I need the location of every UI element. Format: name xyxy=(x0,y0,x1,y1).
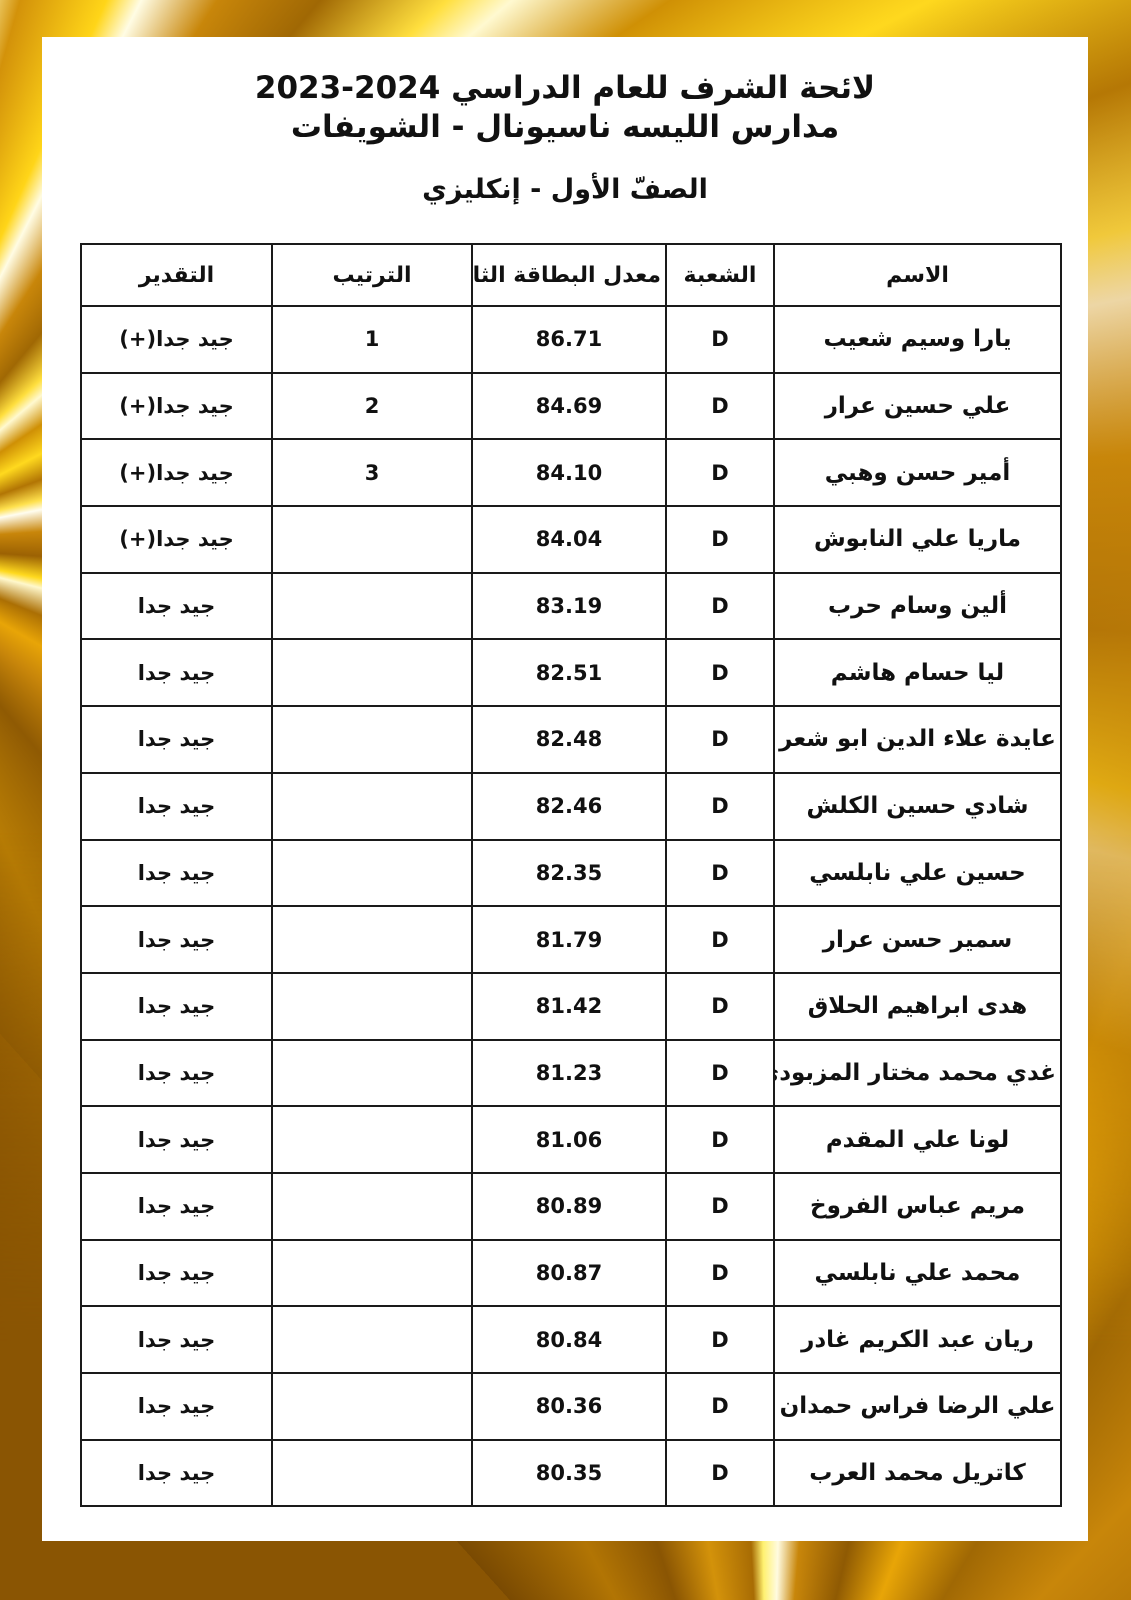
cell-name: مريم عباس الفروخ xyxy=(774,1173,1061,1240)
table-row: ريان عبد الكريم غادرD80.84جيد جدا xyxy=(81,1306,1061,1373)
cell-grade: جيد جدا(+) xyxy=(81,439,272,506)
cell-name: ليا حسام هاشم xyxy=(774,639,1061,706)
table-row: سمير حسن عرارD81.79جيد جدا xyxy=(81,906,1061,973)
cell-grade: جيد جدا xyxy=(81,1106,272,1173)
class-subtitle: الصفّ الأول - إنكليزي xyxy=(42,173,1088,207)
cell-section: D xyxy=(666,706,774,773)
cell-grade: جيد جدا(+) xyxy=(81,506,272,573)
cell-name: أمير حسن وهبي xyxy=(774,439,1061,506)
cell-rank xyxy=(272,1240,472,1307)
cell-section: D xyxy=(666,439,774,506)
cell-grade: جيد جدا xyxy=(81,1173,272,1240)
title-school-name: مدارس الليسه ناسيونال - الشويفات xyxy=(42,108,1088,147)
cell-grade: جيد جدا xyxy=(81,1306,272,1373)
document-header: لائحة الشرف للعام الدراسي 2024-2023 مدار… xyxy=(42,37,1088,147)
table-row: ليا حسام هاشمD82.51جيد جدا xyxy=(81,639,1061,706)
cell-average: 81.23 xyxy=(472,1040,666,1107)
table-row: كاتريل محمد العربD80.35جيد جدا xyxy=(81,1440,1061,1507)
cell-name: علي حسين عرار xyxy=(774,373,1061,440)
cell-rank xyxy=(272,906,472,973)
cell-rank xyxy=(272,973,472,1040)
cell-grade: جيد جدا xyxy=(81,973,272,1040)
cell-average: 80.89 xyxy=(472,1173,666,1240)
cell-name: ماريا علي النابوش xyxy=(774,506,1061,573)
cell-average: 82.51 xyxy=(472,639,666,706)
cell-section: D xyxy=(666,1440,774,1507)
col-header-average: معدل البطاقة الثانية xyxy=(472,244,666,306)
cell-name: محمد علي نابلسي xyxy=(774,1240,1061,1307)
table-row: مريم عباس الفروخD80.89جيد جدا xyxy=(81,1173,1061,1240)
table-row: ماريا علي النابوشD84.04جيد جدا(+) xyxy=(81,506,1061,573)
cell-section: D xyxy=(666,573,774,640)
cell-average: 82.46 xyxy=(472,773,666,840)
cell-section: D xyxy=(666,1173,774,1240)
cell-section: D xyxy=(666,639,774,706)
table-row: لونا علي المقدمD81.06جيد جدا xyxy=(81,1106,1061,1173)
cell-rank xyxy=(272,706,472,773)
cell-name: عايدة علاء الدين ابو شعر xyxy=(774,706,1061,773)
cell-rank: 3 xyxy=(272,439,472,506)
cell-grade: جيد جدا xyxy=(81,1440,272,1507)
cell-section: D xyxy=(666,506,774,573)
page: { "header": { "title_line1": "لائحة الشر… xyxy=(0,0,1131,1600)
cell-average: 80.87 xyxy=(472,1240,666,1307)
cell-rank xyxy=(272,1040,472,1107)
table-row: علي الرضا فراس حمدانD80.36جيد جدا xyxy=(81,1373,1061,1440)
cell-grade: جيد جدا xyxy=(81,639,272,706)
col-header-grade: التقدير xyxy=(81,244,272,306)
cell-section: D xyxy=(666,373,774,440)
cell-rank: 1 xyxy=(272,306,472,373)
cell-average: 81.06 xyxy=(472,1106,666,1173)
table-header-row: الاسمالشعبةمعدل البطاقة الثانيةالترتيبال… xyxy=(81,244,1061,306)
cell-average: 83.19 xyxy=(472,573,666,640)
cell-name: غدي محمد مختار المزبودي xyxy=(774,1040,1061,1107)
cell-section: D xyxy=(666,1106,774,1173)
cell-section: D xyxy=(666,1240,774,1307)
cell-section: D xyxy=(666,840,774,907)
col-header-section: الشعبة xyxy=(666,244,774,306)
table-row: علي حسين عرارD84.692جيد جدا(+) xyxy=(81,373,1061,440)
cell-name: شادي حسين الكلش xyxy=(774,773,1061,840)
cell-name: لونا علي المقدم xyxy=(774,1106,1061,1173)
cell-grade: جيد جدا xyxy=(81,1373,272,1440)
cell-rank xyxy=(272,1440,472,1507)
cell-average: 80.84 xyxy=(472,1306,666,1373)
cell-rank xyxy=(272,840,472,907)
cell-section: D xyxy=(666,1040,774,1107)
cell-grade: جيد جدا xyxy=(81,773,272,840)
cell-name: هدى ابراهيم الحلاق xyxy=(774,973,1061,1040)
document-card: لائحة الشرف للعام الدراسي 2024-2023 مدار… xyxy=(42,37,1088,1541)
cell-name: يارا وسيم شعيب xyxy=(774,306,1061,373)
cell-name: كاتريل محمد العرب xyxy=(774,1440,1061,1507)
cell-rank: 2 xyxy=(272,373,472,440)
cell-name: ريان عبد الكريم غادر xyxy=(774,1306,1061,1373)
table-row: شادي حسين الكلشD82.46جيد جدا xyxy=(81,773,1061,840)
cell-name: سمير حسن عرار xyxy=(774,906,1061,973)
cell-average: 82.35 xyxy=(472,840,666,907)
cell-section: D xyxy=(666,1306,774,1373)
cell-section: D xyxy=(666,973,774,1040)
cell-grade: جيد جدا xyxy=(81,706,272,773)
cell-grade: جيد جدا(+) xyxy=(81,306,272,373)
cell-grade: جيد جدا xyxy=(81,1240,272,1307)
cell-average: 81.79 xyxy=(472,906,666,973)
table-row: يارا وسيم شعيبD86.711جيد جدا(+) xyxy=(81,306,1061,373)
cell-average: 80.35 xyxy=(472,1440,666,1507)
cell-section: D xyxy=(666,1373,774,1440)
cell-name: حسين علي نابلسي xyxy=(774,840,1061,907)
cell-grade: جيد جدا xyxy=(81,1040,272,1107)
cell-section: D xyxy=(666,906,774,973)
cell-average: 84.69 xyxy=(472,373,666,440)
cell-section: D xyxy=(666,773,774,840)
table-row: هدى ابراهيم الحلاقD81.42جيد جدا xyxy=(81,973,1061,1040)
cell-rank xyxy=(272,506,472,573)
title-academic-year: لائحة الشرف للعام الدراسي 2024-2023 xyxy=(42,69,1088,108)
cell-grade: جيد جدا xyxy=(81,573,272,640)
cell-average: 86.71 xyxy=(472,306,666,373)
cell-grade: جيد جدا xyxy=(81,906,272,973)
cell-grade: جيد جدا xyxy=(81,840,272,907)
col-header-name: الاسم xyxy=(774,244,1061,306)
table-row: محمد علي نابلسيD80.87جيد جدا xyxy=(81,1240,1061,1307)
col-header-rank: الترتيب xyxy=(272,244,472,306)
cell-rank xyxy=(272,1106,472,1173)
cell-rank xyxy=(272,773,472,840)
cell-name: علي الرضا فراس حمدان xyxy=(774,1373,1061,1440)
table-row: حسين علي نابلسيD82.35جيد جدا xyxy=(81,840,1061,907)
cell-grade: جيد جدا(+) xyxy=(81,373,272,440)
cell-rank xyxy=(272,573,472,640)
table-row: غدي محمد مختار المزبوديD81.23جيد جدا xyxy=(81,1040,1061,1107)
cell-section: D xyxy=(666,306,774,373)
cell-average: 82.48 xyxy=(472,706,666,773)
cell-rank xyxy=(272,639,472,706)
cell-average: 84.04 xyxy=(472,506,666,573)
cell-rank xyxy=(272,1373,472,1440)
table-row: ألين وسام حربD83.19جيد جدا xyxy=(81,573,1061,640)
table-row: أمير حسن وهبيD84.103جيد جدا(+) xyxy=(81,439,1061,506)
cell-rank xyxy=(272,1306,472,1373)
cell-average: 80.36 xyxy=(472,1373,666,1440)
cell-rank xyxy=(272,1173,472,1240)
honor-roll-table: الاسمالشعبةمعدل البطاقة الثانيةالترتيبال… xyxy=(80,243,1062,1507)
cell-name: ألين وسام حرب xyxy=(774,573,1061,640)
table-row: عايدة علاء الدين ابو شعرD82.48جيد جدا xyxy=(81,706,1061,773)
cell-average: 84.10 xyxy=(472,439,666,506)
cell-average: 81.42 xyxy=(472,973,666,1040)
